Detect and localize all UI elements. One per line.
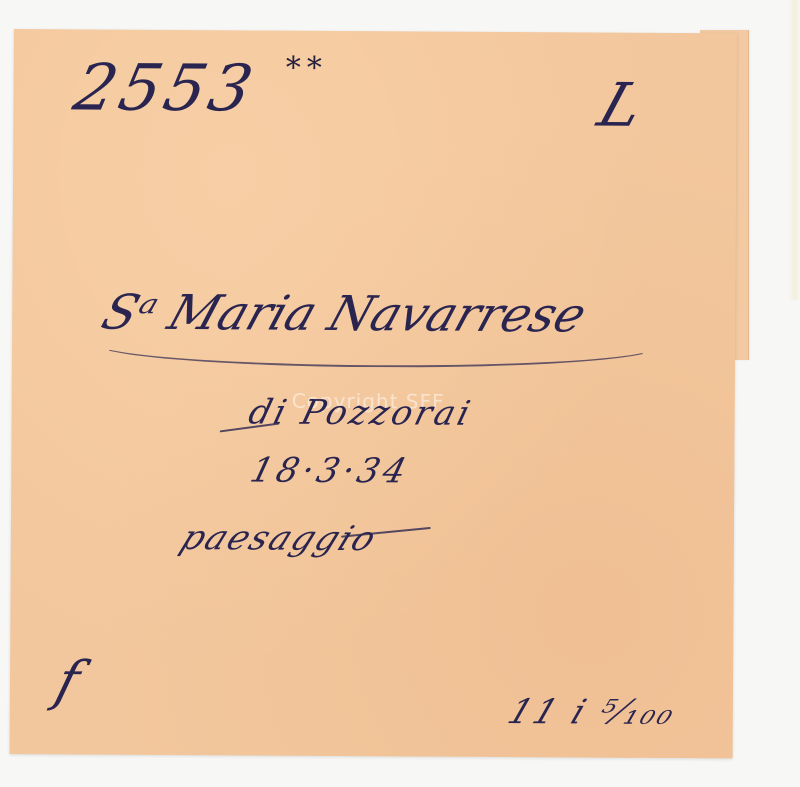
subject: paesaggio: [175, 518, 384, 559]
exposure-code: 11 i ⁵⁄₁₀₀: [502, 692, 683, 733]
category-letter: L: [590, 71, 654, 141]
paper-label: 2553 ** L Sᵃ Maria Navarrese Copyright S…: [10, 29, 737, 758]
rating-stars: **: [286, 51, 328, 86]
photo-date: 18·3·34: [246, 450, 414, 491]
catalog-number: 2553: [68, 51, 263, 126]
photographer-name: di Pozzorai: [245, 392, 477, 433]
background-edge: [788, 0, 800, 300]
format-mark: f: [49, 649, 87, 712]
